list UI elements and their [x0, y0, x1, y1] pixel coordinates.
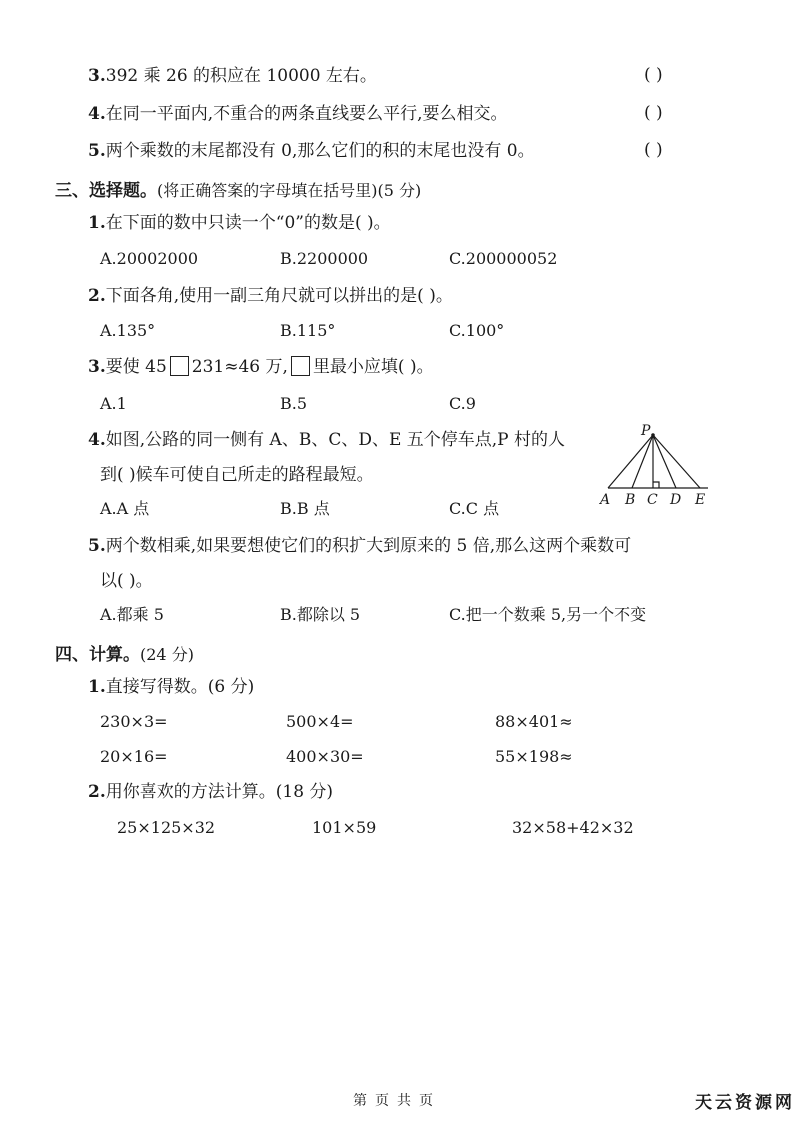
question-text: 下面各角,使用一副三角尺就可以拼出的是( )。: [106, 286, 453, 306]
option-c[interactable]: C.把一个数乘 5,另一个不变: [449, 604, 646, 626]
item-number: 4.: [88, 104, 106, 124]
option-a[interactable]: A.135°: [100, 320, 155, 342]
option-a[interactable]: A.20002000: [100, 248, 198, 270]
item-text: 392 乘 26 的积应在 10000 左右。: [106, 66, 377, 86]
calc-expression: 55×198≈: [495, 746, 573, 768]
calc-expression: 500×4=: [286, 711, 354, 733]
option-c[interactable]: C.200000052: [449, 248, 557, 270]
question-text-line2: 到( )候车可使自己所走的路程最短。: [100, 464, 374, 486]
question-text-part: 231≈46 万,: [192, 357, 288, 377]
answer-blank[interactable]: ( ): [644, 65, 663, 85]
right-angle-mark: [653, 482, 659, 488]
page-footer: 第页共页: [353, 1090, 441, 1110]
choice-question-3: 3.要使 45231≈46 万,里最小应填( )。: [88, 356, 434, 378]
section-title: 三、选择题。: [55, 181, 157, 201]
option-b[interactable]: B.115°: [280, 320, 335, 342]
calc-expression: 88×401≈: [495, 711, 573, 733]
calc-part-1: 1.直接写得数。(6 分): [88, 676, 254, 698]
option-a[interactable]: A.A 点: [100, 498, 149, 520]
judge-item-4: 4.在同一平面内,不重合的两条直线要么平行,要么相交。: [88, 103, 508, 125]
answer-blank[interactable]: ( ): [644, 103, 663, 123]
question-number: 2.: [88, 286, 106, 306]
question-text-line2: 以( )。: [100, 570, 153, 592]
label-b: B: [624, 492, 635, 508]
calc-expression: 25×125×32: [117, 817, 215, 839]
choice-question-5: 5.两个数相乘,如果要想使它们的积扩大到原来的 5 倍,那么这两个乘数可: [88, 535, 631, 557]
question-text: 如图,公路的同一侧有 A、B、C、D、E 五个停车点,P 村的人: [106, 430, 565, 450]
option-a[interactable]: A.都乘 5: [100, 604, 164, 626]
section-subtitle: (24 分): [140, 645, 194, 664]
part-text: 用你喜欢的方法计算。(18 分): [106, 782, 333, 802]
choice-question-1: 1.在下面的数中只读一个“0”的数是( )。: [88, 212, 391, 234]
answer-blank[interactable]: ( ): [644, 140, 663, 160]
label-d: D: [669, 492, 681, 508]
question-text: 在下面的数中只读一个“0”的数是( )。: [106, 213, 391, 233]
brand-watermark: 天云资源网: [695, 1088, 793, 1113]
option-b[interactable]: B.都除以 5: [280, 604, 360, 626]
item-number: 3.: [88, 66, 106, 86]
label-c: C: [647, 492, 658, 508]
choice-question-2: 2.下面各角,使用一副三角尺就可以拼出的是( )。: [88, 285, 453, 307]
label-p: P: [640, 424, 651, 439]
option-b[interactable]: B.2200000: [280, 248, 368, 270]
section-subtitle: (将正确答案的字母填在括号里)(5 分): [157, 181, 421, 200]
part-number: 1.: [88, 677, 106, 697]
fill-box[interactable]: [291, 356, 310, 376]
question-number: 1.: [88, 213, 106, 233]
option-b[interactable]: B.B 点: [280, 498, 330, 520]
section-4-heading: 四、计算。(24 分): [55, 640, 194, 665]
item-text: 两个乘数的末尾都没有 0,那么它们的积的末尾也没有 0。: [106, 141, 535, 161]
question-text: 两个数相乘,如果要想使它们的积扩大到原来的 5 倍,那么这两个乘数可: [106, 536, 631, 556]
section-title: 四、计算。: [55, 645, 140, 665]
part-number: 2.: [88, 782, 106, 802]
part-text: 直接写得数。(6 分): [106, 677, 254, 697]
choice-question-4: 4.如图,公路的同一侧有 A、B、C、D、E 五个停车点,P 村的人: [88, 429, 565, 451]
option-c[interactable]: C.100°: [449, 320, 504, 342]
judge-item-5: 5.两个乘数的末尾都没有 0,那么它们的积的末尾也没有 0。: [88, 140, 535, 162]
option-c[interactable]: C.9: [449, 393, 476, 415]
calc-expression: 101×59: [312, 817, 376, 839]
option-c[interactable]: C.C 点: [449, 498, 499, 520]
label-a: A: [598, 492, 610, 508]
question-number: 4.: [88, 430, 106, 450]
question-number: 3.: [88, 357, 106, 377]
question-text-part: 里最小应填( )。: [313, 357, 434, 377]
item-text: 在同一平面内,不重合的两条直线要么平行,要么相交。: [106, 104, 508, 124]
item-number: 5.: [88, 141, 106, 161]
label-e: E: [694, 492, 705, 508]
road-stops-diagram: P A B C D E: [596, 424, 718, 508]
question-number: 5.: [88, 536, 106, 556]
calc-expression: 400×30=: [286, 746, 364, 768]
judge-item-3: 3.392 乘 26 的积应在 10000 左右。: [88, 65, 377, 87]
option-a[interactable]: A.1: [100, 393, 127, 415]
section-3-heading: 三、选择题。(将正确答案的字母填在括号里)(5 分): [55, 176, 421, 201]
fill-box[interactable]: [170, 356, 189, 376]
question-text-part: 要使 45: [106, 357, 167, 377]
calc-expression: 32×58+42×32: [512, 817, 634, 839]
calc-part-2: 2.用你喜欢的方法计算。(18 分): [88, 781, 333, 803]
option-b[interactable]: B.5: [280, 393, 307, 415]
calc-expression: 230×3=: [100, 711, 168, 733]
calc-expression: 20×16=: [100, 746, 168, 768]
